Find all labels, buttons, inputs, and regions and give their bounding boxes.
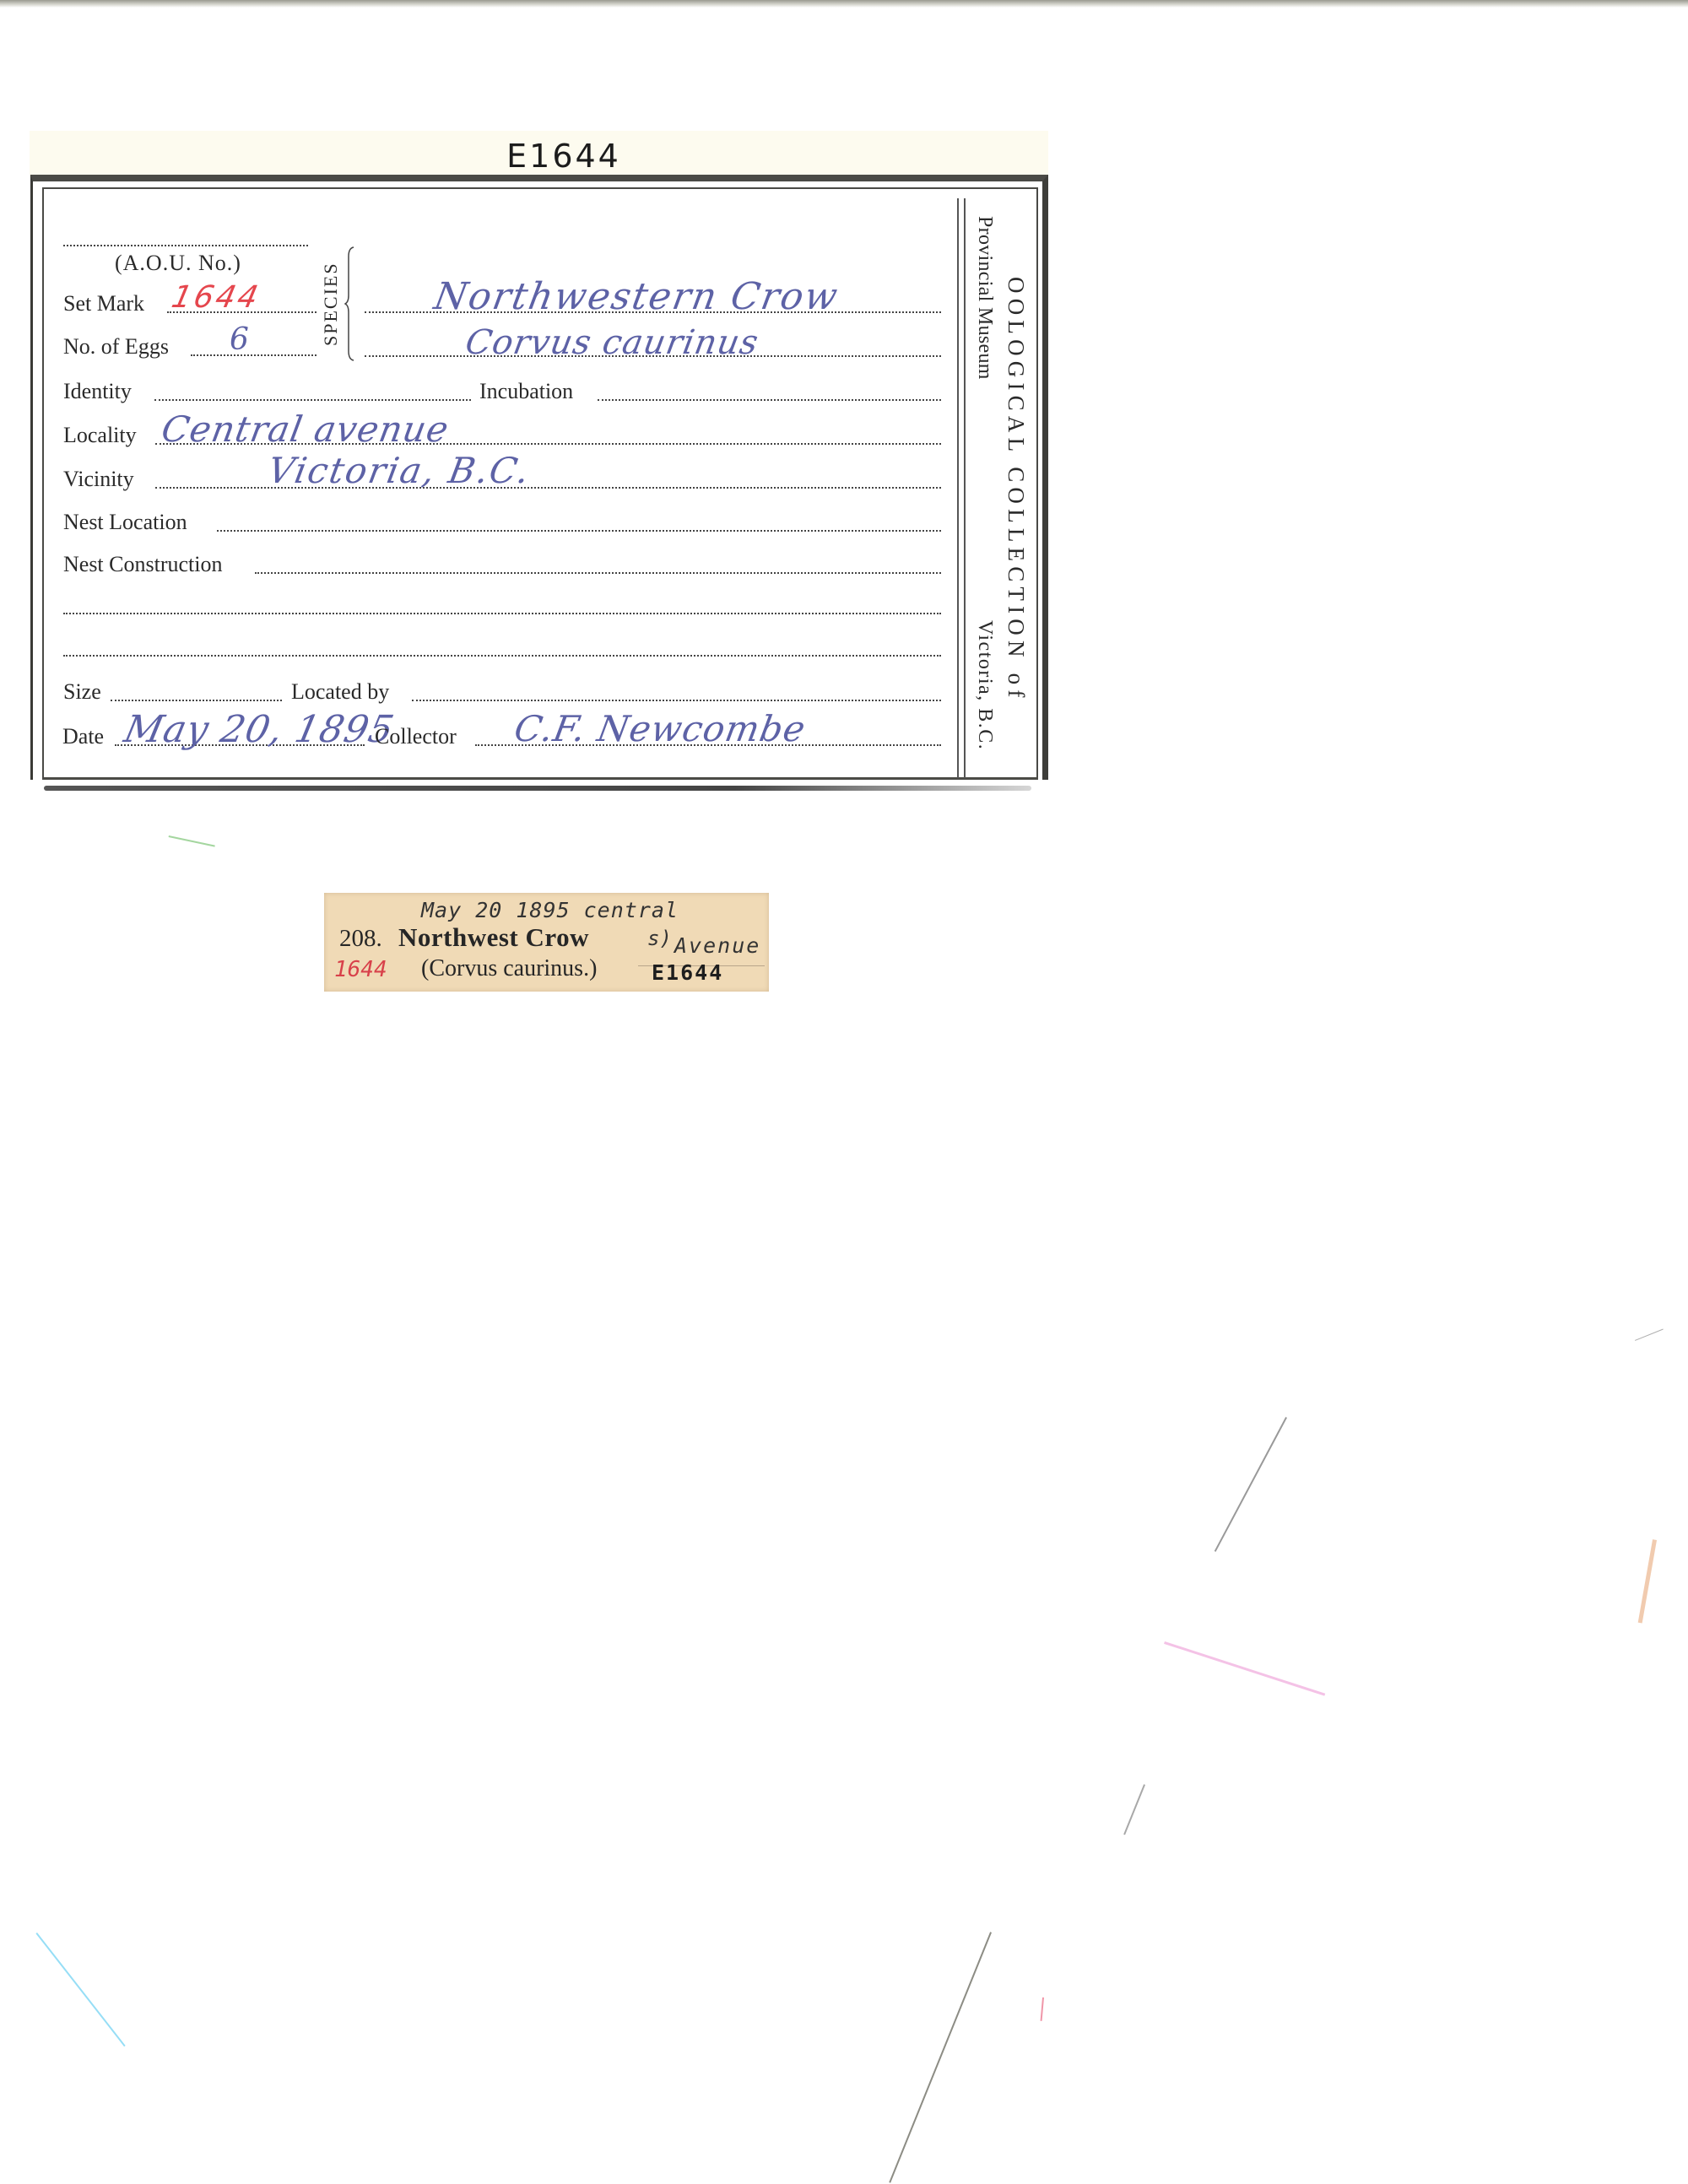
original-label-slip: May 20 1895 central 208. Northwest Crow … (324, 893, 769, 992)
slip-set-mark: 1644 (334, 957, 387, 982)
set-mark-label: Set Mark (63, 291, 144, 316)
scan-artifact-green (169, 835, 215, 847)
identity-line (154, 399, 471, 401)
nest-construction-line (255, 572, 941, 574)
slip-accession: E1644 (652, 960, 723, 985)
nest-location-label: Nest Location (63, 510, 187, 535)
date-label: Date (62, 724, 104, 749)
card-bottom-shadow (44, 786, 1031, 791)
size-line (111, 700, 282, 701)
incubation-line (598, 399, 941, 401)
institution-city: Victoria, B.C. (973, 620, 996, 750)
slip-common-name: Northwest Crow (398, 922, 589, 953)
vicinity-value: Victoria, B.C. (265, 453, 533, 489)
scan-artifact-gray-3 (1635, 1329, 1664, 1341)
institution-museum: Provincial Museum (973, 216, 996, 380)
slip-aou-number: 208. (339, 925, 382, 953)
incubation-label: Incubation (479, 379, 573, 404)
slip-annotation: s) (647, 927, 672, 950)
scan-artifact-gray-2 (1123, 1784, 1145, 1835)
slip-handwritten-avenue: Avenue (674, 933, 760, 958)
scan-artifact-pink (1164, 1641, 1325, 1696)
located-by-line (412, 700, 941, 701)
slip-handwritten-date-locality: May 20 1895 central (421, 898, 679, 922)
scan-artifact-orange (1638, 1539, 1657, 1623)
species-scientific-value: Corvus caurinus (463, 326, 760, 359)
locality-label: Locality (63, 423, 137, 448)
scan-artifact-long-gray (889, 1932, 992, 2182)
vicinity-label: Vicinity (63, 467, 134, 492)
identity-label: Identity (63, 379, 132, 404)
eggs-value: 6 (230, 325, 249, 355)
accession-number: E1644 (498, 138, 630, 175)
scan-top-edge (0, 0, 1688, 8)
blank-line-2 (63, 655, 941, 657)
aou-label: (A.O.U. No.) (115, 251, 241, 276)
species-label: SPECIES (320, 251, 342, 356)
collector-value: C.F. Newcombe (511, 711, 809, 747)
size-label: Size (63, 679, 101, 705)
eggs-line (191, 354, 316, 356)
scan-artifact-red (1041, 1997, 1044, 2021)
side-panel-divider (957, 198, 966, 778)
eggs-label: No. of Eggs (63, 334, 169, 359)
aou-line (63, 245, 308, 246)
slip-scientific-name: (Corvus caurinus.) (421, 955, 597, 982)
scan-artifact-gray-1 (1215, 1417, 1287, 1552)
nest-construction-label: Nest Construction (63, 552, 223, 577)
scan-artifact-cyan (35, 1933, 125, 2046)
set-mark-value: 1644 (169, 283, 262, 313)
located-by-label: Located by (291, 679, 389, 705)
blank-line-1 (63, 613, 941, 614)
species-common-value: Northwestern Crow (431, 278, 841, 316)
species-brace (344, 246, 354, 361)
nest-location-line (217, 530, 941, 532)
locality-value: Central avenue (159, 412, 452, 447)
date-value: May 20, 1895 (121, 711, 397, 749)
institution-title: OOLOGICAL COLLECTION of (1003, 277, 1029, 703)
collector-label: Collector (375, 724, 457, 749)
